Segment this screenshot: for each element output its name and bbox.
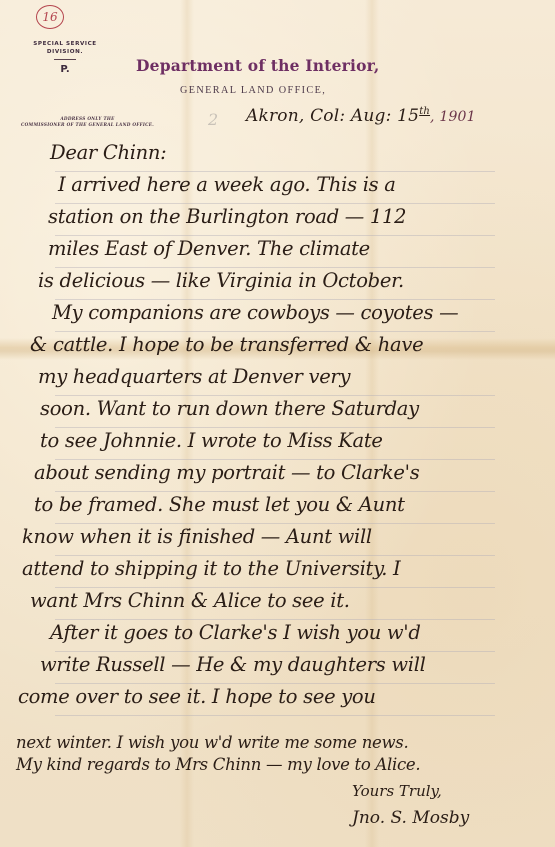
body-line: My companions are cowboys — coyotes — bbox=[52, 301, 458, 324]
dateline-ordinal: th bbox=[419, 106, 430, 117]
division-line2: DIVISION. bbox=[25, 48, 105, 56]
ruled-line bbox=[55, 587, 495, 588]
body-line: miles East of Denver. The climate bbox=[48, 237, 370, 260]
department-title: Department of the Interior, bbox=[136, 56, 436, 75]
body-line: attend to shipping it to the University.… bbox=[22, 557, 400, 580]
dateline-year: , 1901 bbox=[430, 109, 476, 125]
postscript-line: next winter. I wish you w'd write me som… bbox=[16, 733, 408, 752]
ruled-line bbox=[55, 235, 495, 236]
address-note-line2: COMMISSIONER OF THE GENERAL LAND OFFICE. bbox=[10, 122, 165, 128]
pencil-mark: 2 bbox=[208, 110, 218, 129]
body-line: After it goes to Clarke's I wish you w'd bbox=[50, 621, 421, 644]
division-block: SPECIAL SERVICE DIVISION. P. bbox=[25, 40, 105, 76]
paper-fold-vertical bbox=[365, 0, 379, 847]
ruled-line bbox=[55, 459, 495, 460]
ruled-line bbox=[55, 555, 495, 556]
office-subtitle: GENERAL LAND OFFICE, bbox=[180, 85, 420, 96]
ruled-line bbox=[55, 203, 495, 204]
body-line: to see Johnnie. I wrote to Miss Kate bbox=[40, 429, 383, 452]
ruled-line bbox=[55, 267, 495, 268]
body-line: is delicious — like Virginia in October. bbox=[38, 269, 404, 292]
body-line: & cattle. I hope to be transferred & hav… bbox=[30, 333, 423, 356]
ruled-line bbox=[55, 171, 495, 172]
body-line: know when it is finished — Aunt will bbox=[22, 525, 372, 548]
ruled-line bbox=[55, 299, 495, 300]
ruled-line bbox=[55, 427, 495, 428]
ruled-line bbox=[55, 523, 495, 524]
body-line: want Mrs Chinn & Alice to see it. bbox=[30, 589, 350, 612]
address-note: ADDRESS ONLY THE COMMISSIONER OF THE GEN… bbox=[10, 116, 165, 128]
body-line: soon. Want to run down there Saturday bbox=[40, 397, 419, 420]
postscript-line: My kind regards to Mrs Chinn — my love t… bbox=[16, 755, 420, 774]
body-line: about sending my portrait — to Clarke's bbox=[34, 461, 419, 484]
body-line: my headquarters at Denver very bbox=[38, 365, 350, 388]
dateline: Akron, Col: Aug: 15th, 1901 bbox=[246, 106, 476, 126]
division-letter: P. bbox=[25, 64, 105, 76]
ruled-line bbox=[55, 395, 495, 396]
closing: Yours Truly, bbox=[352, 782, 442, 800]
ruled-line bbox=[55, 491, 495, 492]
division-rule bbox=[54, 59, 76, 60]
ruled-line bbox=[55, 683, 495, 684]
ruled-line bbox=[55, 651, 495, 652]
body-line: write Russell — He & my daughters will bbox=[40, 653, 426, 676]
body-line: to be framed. She must let you & Aunt bbox=[34, 493, 405, 516]
division-line1: SPECIAL SERVICE bbox=[25, 40, 105, 48]
ruled-line bbox=[55, 331, 495, 332]
folio-number: 16 bbox=[36, 5, 64, 29]
paper-fold-vertical bbox=[180, 0, 194, 847]
body-line: station on the Burlington road — 112 bbox=[48, 205, 406, 228]
ruled-line bbox=[55, 619, 495, 620]
signature: Jno. S. Mosby bbox=[352, 808, 469, 828]
body-line: I arrived here a week ago. This is a bbox=[58, 173, 396, 196]
salutation: Dear Chinn: bbox=[50, 141, 166, 164]
ruled-line bbox=[55, 715, 495, 716]
letter-page: 16 SPECIAL SERVICE DIVISION. P. Departme… bbox=[0, 0, 555, 847]
body-line: come over to see it. I hope to see you bbox=[18, 685, 376, 708]
dateline-place: Akron, Col: Aug: 15 bbox=[246, 106, 419, 126]
